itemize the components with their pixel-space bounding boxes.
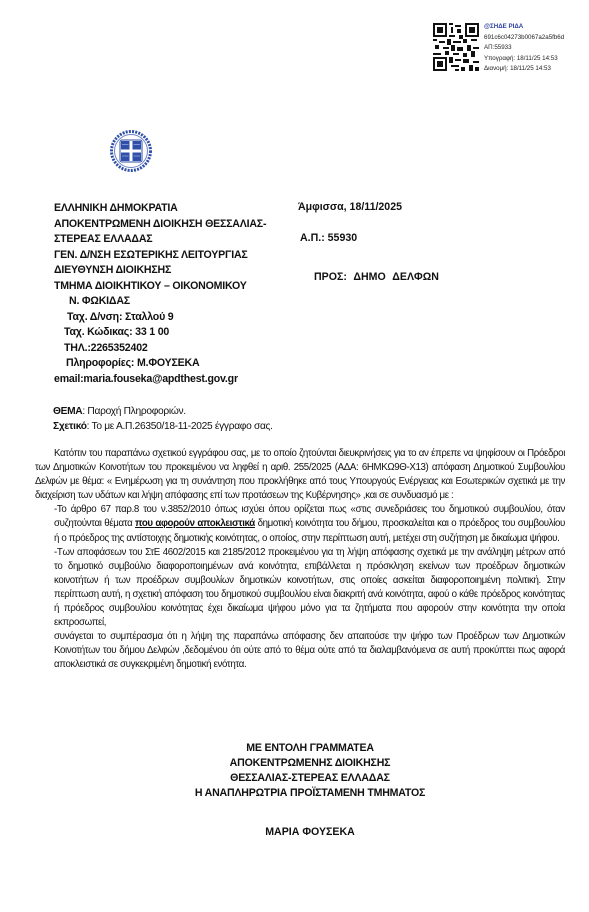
- stamp-distribution-date: Διανομή: 18/11/25 14:53: [484, 64, 564, 75]
- protocol-number: Α.Π.: 55930: [300, 232, 357, 244]
- body-paragraph: -Το άρθρο 67 παρ.8 του ν.3852/2010 όπως …: [35, 503, 565, 545]
- stamp-hash: 691c6c04273b0067a2a5fb6d: [484, 33, 564, 44]
- body-paragraph: Κατόπιν του παραπάνω σχετικού εγγράφου σ…: [35, 447, 565, 503]
- header-contact: Πληροφορίες: Μ.ΦΟΥΣΕΚΑ: [54, 356, 266, 372]
- header-line: ΔΙΕΥΘΥΝΣΗ ΔΙΟΙΚΗΣΗΣ: [54, 263, 266, 279]
- letter-body: Κατόπιν του παραπάνω σχετικού εγγράφου σ…: [35, 447, 565, 673]
- header-line: ΓΕΝ. Δ/ΝΣΗ ΕΣΩΤΕΡΙΚΗΣ ΛΕΙΤΟΥΡΓΙΑΣ: [54, 248, 266, 264]
- subject-label: ΘΕΜΑ: [53, 406, 82, 417]
- place-date: Άμφισσα, 18/11/2025: [298, 201, 402, 213]
- signature-line: ΘΕΣΣΑΛΙΑΣ-ΣΤΕΡΕΑΣ ΕΛΛΑΔΑΣ: [180, 771, 440, 786]
- stamp-protocol: ΑΠ:55933: [484, 43, 564, 54]
- signature-line: Η ΑΝΑΠΛΗΡΩΤΡΙΑ ΠΡΟΪΣΤΑΜΕΝΗ ΤΜΗΜΑΤΟΣ: [180, 786, 440, 801]
- body-paragraph: συνάγεται το συμπέρασμα ότι η λήψη της π…: [35, 630, 565, 672]
- subject-block: ΘΕΜΑ: Παροχή Πληροφοριών. Σχετικό: Το με…: [53, 405, 273, 434]
- signature-block: ΜΕ ΕΝΤΟΛΗ ΓΡΑΜΜΑΤΕΑ ΑΠΟΚΕΝΤΡΩΜΕΝΗΣ ΔΙΟΙΚ…: [180, 741, 440, 801]
- body-paragraph: -Των αποφάσεων του ΣτΕ 4602/2015 και 218…: [35, 546, 565, 631]
- header-phone: ΤΗΛ.:2265352402: [54, 341, 266, 357]
- header-postal-code: Ταχ. Κώδικας: 33 1 00: [54, 325, 266, 341]
- header-line: Ν. ΦΩΚΙΔΑΣ: [54, 294, 266, 310]
- signature-line: ΑΠΟΚΕΝΤΡΩΜΕΝΗΣ ΔΙΟΙΚΗΣΗΣ: [180, 756, 440, 771]
- header-line: ΣΤΕΡΕΑΣ ΕΛΛΑΔΑΣ: [54, 232, 266, 248]
- related-label: Σχετικό: [53, 421, 87, 432]
- header-line: ΑΠΟΚΕΝΤΡΩΜΕΝΗ ΔΙΟΙΚΗΣΗ ΘΕΣΣΑΛΙΑΣ-: [54, 217, 266, 233]
- header-address: Ταχ. Δ/νση: Σταλλού 9: [54, 310, 266, 326]
- signature-line: ΜΕ ΕΝΤΟΛΗ ΓΡΑΜΜΑΤΕΑ: [180, 741, 440, 756]
- header-line: ΕΛΛΗΝΙΚΗ ΔΗΜΟΚΡΑΤΙΑ: [54, 201, 266, 217]
- digital-signature-stamp: @ΣΗΔΕ ΡΙΔΑ 691c6c04273b0067a2a5fb6d ΑΠ:5…: [484, 22, 564, 75]
- header-email: email:maria.fouseka@apdthest.gov.gr: [54, 372, 266, 388]
- subject-text: : Παροχή Πληροφοριών.: [82, 406, 185, 417]
- stamp-signer: @ΣΗΔΕ ΡΙΔΑ: [484, 22, 564, 33]
- qr-code-icon: [433, 23, 479, 71]
- stamp-signed-date: Υπογραφή: 18/11/25 14:53: [484, 54, 564, 65]
- sender-header: ΕΛΛΗΝΙΚΗ ΔΗΜΟΚΡΑΤΙΑ ΑΠΟΚΕΝΤΡΩΜΕΝΗ ΔΙΟΙΚΗ…: [54, 201, 266, 387]
- related-text: : Το με Α.Π.26350/18-11-2025 έγγραφο σας…: [87, 421, 273, 432]
- emphasized-text: που αφορούν αποκλειστικά: [135, 518, 255, 529]
- recipient: ΠΡΟΣ: ΔΗΜΟ ΔΕΛΦΩΝ: [314, 271, 439, 283]
- greek-coat-of-arms-icon: [110, 130, 152, 172]
- header-line: ΤΜΗΜΑ ΔΙΟΙΚΗΤΙΚΟΥ – ΟΙΚΟΝΟΜΙΚΟΥ: [54, 279, 266, 295]
- signer-name: ΜΑΡΙΑ ΦΟΥΣΕΚΑ: [180, 826, 440, 838]
